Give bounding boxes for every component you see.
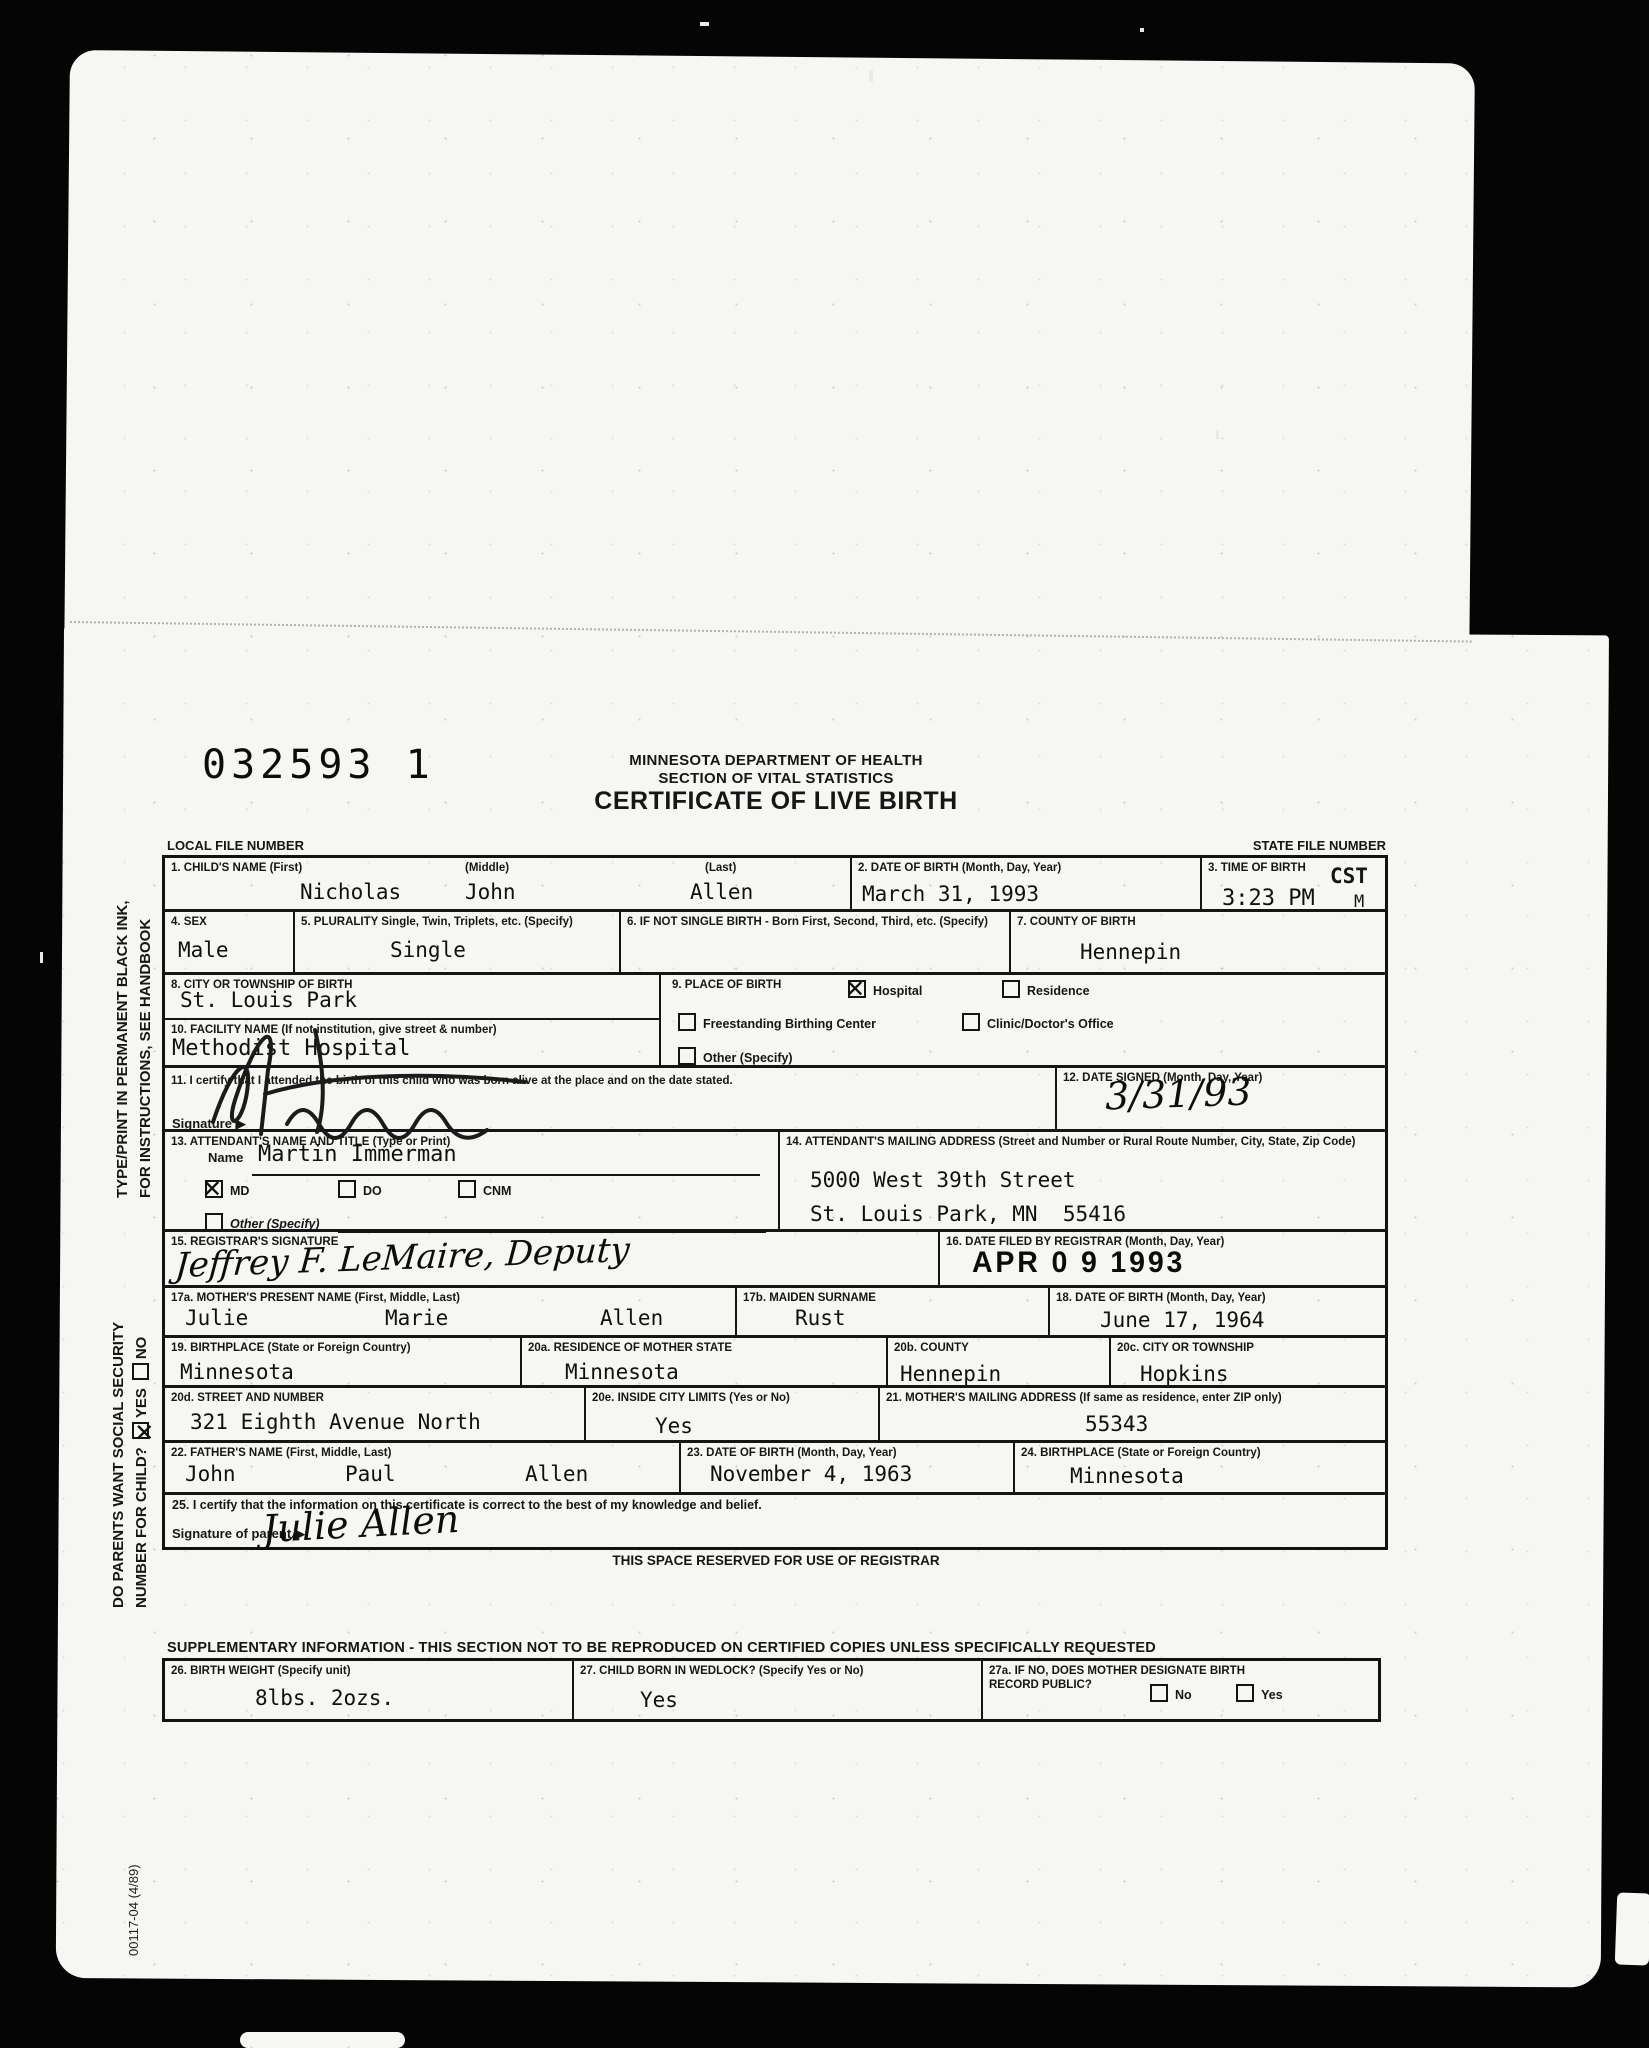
place-option-clinic: Clinic/Doctor's Office: [962, 1013, 1114, 1033]
margin-ssn-question: DO PARENTS WANT SOCIAL SECURITY NUMBER F…: [108, 1322, 153, 1608]
child-middle-name-value: John: [465, 880, 516, 904]
field-inside-city-limits: 20e. INSIDE CITY LIMITS (Yes or No): [586, 1388, 880, 1443]
street-and-number-value: 321 Eighth Avenue North: [190, 1410, 481, 1434]
mother-residence-state-value: Minnesota: [565, 1360, 679, 1384]
record-public-yes-checkbox: [1236, 1684, 1254, 1702]
mother-mailing-zip-value: 55343: [1085, 1412, 1148, 1436]
time-of-birth-value: 3:23 PM: [1222, 886, 1315, 911]
mother-city-value: Hopkins: [1140, 1362, 1229, 1386]
scanned-birth-certificate: 032593 1 MINNESOTA DEPARTMENT OF HEALTH …: [0, 0, 1649, 2048]
hospital-checkbox: [848, 980, 866, 998]
attendant-name-value: Martin Immerman: [258, 1142, 457, 1167]
place-option-hospital: Hospital: [848, 980, 922, 1000]
mother-last-name-value: Allen: [600, 1306, 663, 1330]
place-option-freestanding: Freestanding Birthing Center: [678, 1013, 876, 1033]
registrar-space-note: THIS SPACE RESERVED FOR USE OF REGISTRAR: [470, 1553, 1082, 1568]
attendant-address-line2: St. Louis Park, MN 55416: [810, 1202, 1126, 1226]
other-title-checkbox: [205, 1213, 223, 1231]
field-if-not-single-birth: 6. IF NOT SINGLE BIRTH - Born First, Sec…: [621, 912, 1011, 975]
residence-checkbox: [1002, 980, 1020, 998]
child-last-name-value: Allen: [690, 880, 753, 904]
time-m-mark: M: [1354, 892, 1364, 912]
place-option-residence: Residence: [1002, 980, 1090, 1000]
freestanding-checkbox: [678, 1013, 696, 1031]
father-first-name-value: John: [185, 1462, 236, 1486]
record-public-options: No Yes: [1150, 1684, 1323, 1704]
margin-instructions-line1: TYPE/PRINT IN PERMANENT BLACK INK,: [114, 900, 131, 1198]
father-birthplace-value: Minnesota: [1070, 1464, 1184, 1488]
sex-value: Male: [178, 938, 229, 962]
attendant-name-underline: [252, 1174, 760, 1176]
child-name-last-label: (Last): [705, 861, 736, 875]
other-place-checkbox: [678, 1047, 696, 1065]
place-option-other: Other (Specify): [678, 1047, 793, 1067]
attendant-name-label: Name: [208, 1150, 243, 1165]
ssn-question-line2: NUMBER FOR CHILD?: [133, 1447, 150, 1608]
attendant-address-line1: 5000 West 39th Street: [810, 1168, 1076, 1192]
ssn-yes-checkbox: [132, 1422, 149, 1439]
child-first-name-value: Nicholas: [300, 880, 401, 904]
local-file-number-label: LOCAL FILE NUMBER: [167, 838, 304, 853]
child-name-middle-label: (Middle): [465, 861, 509, 875]
do-checkbox: [338, 1180, 356, 1198]
record-public-yes: Yes: [1236, 1688, 1283, 1702]
birth-weight-value: 8lbs. 2ozs.: [255, 1686, 394, 1710]
place-of-birth-label: 9. PLACE OF BIRTH: [672, 978, 781, 992]
inside-city-limits-value: Yes: [655, 1414, 693, 1438]
ssn-no-checkbox: [132, 1363, 149, 1380]
margin-instructions-line2: FOR INSTRUCTIONS, SEE HANDBOOK: [137, 919, 154, 1198]
mother-county-value: Hennepin: [900, 1362, 1001, 1386]
ssn-yes-label: YES: [133, 1388, 150, 1418]
county-of-birth-value: Hennepin: [1080, 940, 1181, 964]
father-last-name-value: Allen: [525, 1462, 588, 1486]
record-public-label-line1: 27a. IF NO, DOES MOTHER DESIGNATE BIRTH: [989, 1665, 1245, 1677]
record-public-no-checkbox: [1150, 1684, 1168, 1702]
mother-first-name-value: Julie: [185, 1306, 248, 1330]
field-wedlock: 27. CHILD BORN IN WEDLOCK? (Specify Yes …: [574, 1661, 983, 1719]
form-code: 00117-04 (4/89): [126, 1864, 141, 1956]
child-name-label: 1. CHILD'S NAME (First): [171, 862, 302, 874]
margin-instructions: TYPE/PRINT IN PERMANENT BLACK INK, FOR I…: [112, 900, 157, 1198]
md-checkbox: [205, 1180, 223, 1198]
date-signed-value: 3/31/93: [1104, 1069, 1252, 1118]
record-public-label-line2: RECORD PUBLIC?: [989, 1679, 1092, 1691]
attendant-title-cnm: CNM: [458, 1180, 511, 1200]
ssn-question-line1: DO PARENTS WANT SOCIAL SECURITY: [110, 1322, 127, 1608]
local-file-number-value: 032593 1: [202, 742, 435, 788]
field-maiden-surname: 17b. MAIDEN SURNAME: [737, 1288, 1050, 1338]
attendant-title-do: DO: [338, 1180, 382, 1200]
attendant-title-md: MD: [205, 1180, 249, 1200]
father-middle-name-value: Paul: [345, 1462, 396, 1486]
maiden-surname-value: Rust: [795, 1306, 846, 1330]
date-of-birth-value: March 31, 1993: [862, 882, 1039, 906]
department-line2: SECTION OF VITAL STATISTICS: [470, 770, 1082, 787]
time-zone-value: CST: [1330, 864, 1368, 888]
mother-middle-name-value: Marie: [385, 1306, 448, 1330]
record-public-no: No: [1150, 1688, 1192, 1702]
father-date-of-birth-value: November 4, 1963: [710, 1462, 912, 1486]
cnm-checkbox: [458, 1180, 476, 1198]
plurality-value: Single: [390, 938, 466, 962]
mother-birthplace-value: Minnesota: [180, 1360, 294, 1384]
ssn-no-label: NO: [133, 1337, 150, 1360]
supplementary-title: SUPPLEMENTARY INFORMATION - THIS SECTION…: [167, 1640, 1156, 1656]
field-father-name: 22. FATHER'S NAME (First, Middle, Last): [165, 1443, 681, 1495]
certificate-title: CERTIFICATE OF LIVE BIRTH: [470, 787, 1082, 816]
state-file-number-label: STATE FILE NUMBER: [1140, 838, 1386, 853]
field-county-of-birth: 7. COUNTY OF BIRTH: [1011, 912, 1388, 975]
wedlock-value: Yes: [640, 1688, 678, 1712]
attendant-title-other: Other (Specify): [205, 1213, 320, 1233]
city-of-birth-value: St. Louis Park: [180, 988, 357, 1012]
date-filed-stamp: APR 0 9 1993: [972, 1246, 1185, 1280]
mother-date-of-birth-value: June 17, 1964: [1100, 1308, 1264, 1332]
clinic-checkbox: [962, 1013, 980, 1031]
attendant-signature-scrawl: [195, 1022, 665, 1140]
department-line1: MINNESOTA DEPARTMENT OF HEALTH: [470, 752, 1082, 769]
